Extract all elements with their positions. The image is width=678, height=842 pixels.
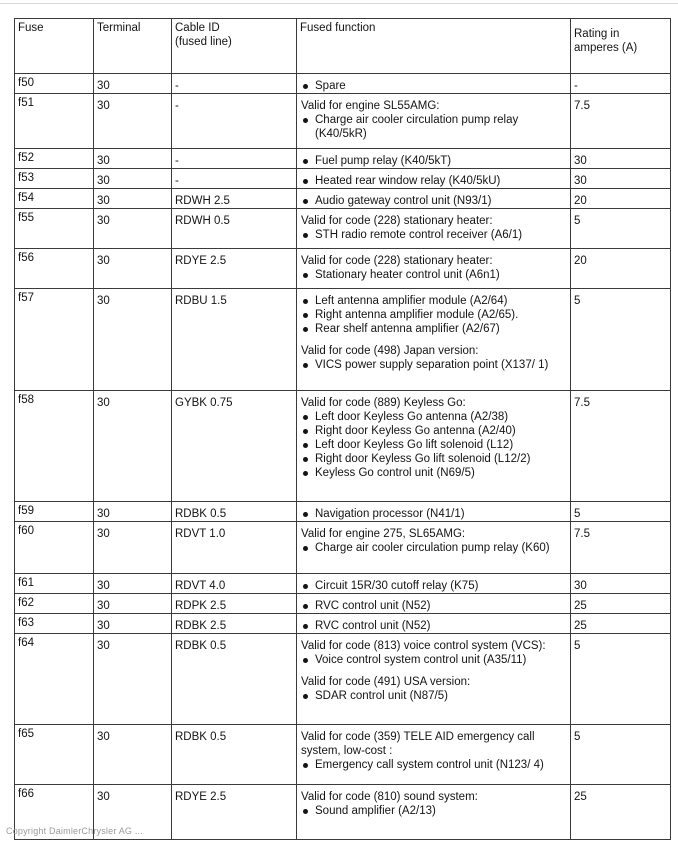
function-group: Fuel pump relay (K40/5kT): [301, 154, 567, 168]
fuse-cell: f55: [15, 209, 94, 249]
function-group: Valid for code (228) stationary heater:S…: [301, 214, 567, 242]
terminal-cell-value: 30: [97, 600, 110, 612]
fuse-cell: f51: [15, 94, 94, 149]
function-item-list: Voice control system control unit (A35/1…: [301, 653, 567, 667]
function-item-list: Audio gateway control unit (N93/1): [301, 194, 567, 208]
function-group: Valid for code (491) USA version:SDAR co…: [301, 675, 567, 703]
function-item-list: Navigation processor (N41/1): [301, 507, 567, 521]
fuse-cell-value: f63: [18, 617, 34, 629]
function-item: Rear shelf antenna amplifier (A2/67): [301, 322, 567, 336]
cable-id-cell-value: -: [175, 175, 179, 187]
fused-function-cell: Heated rear window relay (K40/5kU): [297, 169, 571, 189]
function-item-list: Heated rear window relay (K40/5kU): [301, 174, 567, 188]
cable-id-cell: RDVT 4.0: [172, 574, 297, 594]
terminal-cell: 30: [94, 614, 172, 634]
function-item: Audio gateway control unit (N93/1): [301, 194, 567, 208]
terminal-cell-value: 30: [97, 100, 110, 112]
rating-cell-value: 30: [574, 580, 587, 592]
cable-id-cell: RDYE 2.5: [172, 249, 297, 289]
function-group: Valid for code (228) stationary heater:S…: [301, 254, 567, 282]
table-row: f6030RDVT 1.0Valid for engine 275, SL65A…: [15, 522, 671, 574]
cable-id-cell-value: -: [175, 100, 179, 112]
cable-id-cell-value: GYBK 0.75: [175, 397, 233, 409]
terminal-cell-value: 30: [97, 580, 110, 592]
fuse-cell-value: f58: [18, 394, 34, 406]
fuse-cell-value: f66: [18, 788, 34, 800]
fused-function-cell: Valid for code (228) stationary heater:S…: [297, 209, 571, 249]
table-row: f5430RDWH 2.5Audio gateway control unit …: [15, 189, 671, 209]
terminal-cell: 30: [94, 94, 172, 149]
rating-cell: 5: [571, 209, 671, 249]
function-group: Circuit 15R/30 cutoff relay (K75): [301, 579, 567, 593]
function-item: Right door Keyless Go lift solenoid (L12…: [301, 452, 567, 466]
function-item-list: Charge air cooler circulation pump relay…: [301, 113, 567, 141]
rating-cell: 30: [571, 574, 671, 594]
rating-cell: 5: [571, 502, 671, 522]
function-group: Valid for code (813) voice control syste…: [301, 639, 567, 667]
cable-id-cell-value: RDPK 2.5: [175, 600, 226, 612]
rating-cell: 30: [571, 169, 671, 189]
header-terminal-label: Terminal: [97, 22, 140, 34]
cable-id-cell: RDBK 0.5: [172, 634, 297, 725]
cable-id-cell-value: RDWH 2.5: [175, 195, 230, 207]
terminal-cell-value: 30: [97, 791, 110, 803]
fused-function-cell: Valid for engine SL55AMG:Charge air cool…: [297, 94, 571, 149]
rating-cell-value: 5: [574, 295, 580, 307]
rating-cell: -: [571, 74, 671, 94]
cable-id-cell: RDVT 1.0: [172, 522, 297, 574]
fused-function-cell: Spare: [297, 74, 571, 94]
function-group: Valid for code (810) sound system:Sound …: [301, 790, 567, 818]
function-group-title: Valid for code (228) stationary heater:: [301, 214, 567, 228]
function-item: VICS power supply separation point (X137…: [301, 358, 567, 372]
fuse-cell: f63: [15, 614, 94, 634]
fuse-cell-value: f50: [18, 77, 34, 89]
cable-id-cell-value: RDBK 0.5: [175, 508, 226, 520]
function-item: STH radio remote control receiver (A6/1): [301, 228, 567, 242]
fused-function-cell: Audio gateway control unit (N93/1): [297, 189, 571, 209]
cable-id-cell: GYBK 0.75: [172, 391, 297, 502]
cable-id-cell: RDBK 2.5: [172, 614, 297, 634]
fused-function-cell: Fuel pump relay (K40/5kT): [297, 149, 571, 169]
cable-id-cell: RDPK 2.5: [172, 594, 297, 614]
function-item: Left antenna amplifier module (A2/64): [301, 294, 567, 308]
rating-cell-value: 20: [574, 195, 587, 207]
terminal-cell-value: 30: [97, 155, 110, 167]
header-cable-id-sublabel: (fused line): [175, 35, 293, 49]
rating-cell-value: 7.5: [574, 528, 590, 540]
function-item-list: Fuel pump relay (K40/5kT): [301, 154, 567, 168]
function-group: Valid for engine 275, SL65AMG:Charge air…: [301, 527, 567, 555]
rating-cell: 20: [571, 249, 671, 289]
rating-cell: 30: [571, 149, 671, 169]
rating-cell-value: 7.5: [574, 100, 590, 112]
cable-id-cell-value: RDBK 0.5: [175, 731, 226, 743]
function-item: Charge air cooler circulation pump relay…: [301, 113, 567, 141]
cable-id-cell-value: RDWH 0.5: [175, 215, 230, 227]
table-row: f5130-Valid for engine SL55AMG:Charge ai…: [15, 94, 671, 149]
table-row: f6130RDVT 4.0Circuit 15R/30 cutoff relay…: [15, 574, 671, 594]
table-row: f5730RDBU 1.5Left antenna amplifier modu…: [15, 289, 671, 391]
terminal-cell-value: 30: [97, 295, 110, 307]
function-item: Heated rear window relay (K40/5kU): [301, 174, 567, 188]
fuse-cell: f52: [15, 149, 94, 169]
fuse-cell-value: f60: [18, 525, 34, 537]
table-row: f6430RDBK 0.5Valid for code (813) voice …: [15, 634, 671, 725]
function-item-list: Circuit 15R/30 cutoff relay (K75): [301, 579, 567, 593]
function-item: Left door Keyless Go antenna (A2/38): [301, 410, 567, 424]
table-row: f5830GYBK 0.75Valid for code (889) Keyle…: [15, 391, 671, 502]
terminal-cell: 30: [94, 209, 172, 249]
function-group-title: Valid for engine 275, SL65AMG:: [301, 527, 567, 541]
terminal-cell-value: 30: [97, 640, 110, 652]
fuse-cell-value: f56: [18, 252, 34, 264]
function-group: Valid for code (498) Japan version:VICS …: [301, 344, 567, 372]
fuse-cell-value: f62: [18, 597, 34, 609]
fused-function-cell: Circuit 15R/30 cutoff relay (K75): [297, 574, 571, 594]
fuse-cell: f58: [15, 391, 94, 502]
function-group-title: Valid for code (228) stationary heater:: [301, 254, 567, 268]
terminal-cell: 30: [94, 725, 172, 785]
cable-id-cell-value: -: [175, 155, 179, 167]
cable-id-cell: RDYE 2.5: [172, 785, 297, 840]
cable-id-cell-value: RDBU 1.5: [175, 295, 227, 307]
rating-cell: 7.5: [571, 94, 671, 149]
fuse-table-body: f5030-Spare-f5130-Valid for engine SL55A…: [15, 74, 671, 840]
rating-cell-value: 25: [574, 600, 587, 612]
function-item: Left door Keyless Go lift solenoid (L12): [301, 438, 567, 452]
cable-id-cell: RDBU 1.5: [172, 289, 297, 391]
terminal-cell: 30: [94, 74, 172, 94]
function-group-title: Valid for code (813) voice control syste…: [301, 639, 567, 653]
function-group: Valid for code (359) TELE AID emergency …: [301, 730, 567, 772]
function-group-title: Valid for code (498) Japan version:: [301, 344, 567, 358]
function-item-list: SDAR control unit (N87/5): [301, 689, 567, 703]
table-row: f6530RDBK 0.5Valid for code (359) TELE A…: [15, 725, 671, 785]
function-item: Circuit 15R/30 cutoff relay (K75): [301, 579, 567, 593]
table-row: f5930RDBK 0.5Navigation processor (N41/1…: [15, 502, 671, 522]
terminal-cell: 30: [94, 391, 172, 502]
fuse-cell-value: f51: [18, 97, 34, 109]
function-group-title: Valid for code (889) Keyless Go:: [301, 396, 567, 410]
terminal-cell: 30: [94, 634, 172, 725]
table-row: f5230-Fuel pump relay (K40/5kT)30: [15, 149, 671, 169]
function-item-list: Emergency call system control unit (N123…: [301, 758, 567, 772]
fused-function-cell: Navigation processor (N41/1): [297, 502, 571, 522]
cable-id-cell: RDWH 2.5: [172, 189, 297, 209]
header-rating: Rating in amperes (A): [571, 19, 671, 74]
function-item: Spare: [301, 79, 567, 93]
fused-function-cell: Left antenna amplifier module (A2/64)Rig…: [297, 289, 571, 391]
function-group: Spare: [301, 79, 567, 93]
function-item: Sound amplifier (A2/13): [301, 804, 567, 818]
function-item-list: STH radio remote control receiver (A6/1): [301, 228, 567, 242]
function-item: Right antenna amplifier module (A2/65).: [301, 308, 567, 322]
header-fuse: Fuse: [15, 19, 94, 74]
terminal-cell: 30: [94, 169, 172, 189]
cable-id-cell-value: -: [175, 80, 179, 92]
fuse-cell: f57: [15, 289, 94, 391]
function-group-title: Valid for engine SL55AMG:: [301, 99, 567, 113]
cable-id-cell: RDWH 0.5: [172, 209, 297, 249]
function-group: Left antenna amplifier module (A2/64)Rig…: [301, 294, 567, 336]
rating-cell-value: 30: [574, 175, 587, 187]
function-group: RVC control unit (N52): [301, 599, 567, 613]
function-item: Right door Keyless Go antenna (A2/40): [301, 424, 567, 438]
fuse-cell: f54: [15, 189, 94, 209]
fuse-cell: f64: [15, 634, 94, 725]
header-cable-id-label: Cable ID: [175, 21, 293, 35]
cable-id-cell-value: RDVT 1.0: [175, 528, 225, 540]
fused-function-cell: Valid for engine 275, SL65AMG:Charge air…: [297, 522, 571, 574]
cable-id-cell: -: [172, 149, 297, 169]
function-group: Navigation processor (N41/1): [301, 507, 567, 521]
header-fused-function-label: Fused function: [300, 22, 375, 34]
cable-id-cell: -: [172, 169, 297, 189]
cable-id-cell-value: RDBK 0.5: [175, 640, 226, 652]
fuse-cell: f53: [15, 169, 94, 189]
fuse-cell-value: f64: [18, 637, 34, 649]
function-item-list: Sound amplifier (A2/13): [301, 804, 567, 818]
terminal-cell-value: 30: [97, 175, 110, 187]
rating-cell: 7.5: [571, 522, 671, 574]
cable-id-cell-value: RDVT 4.0: [175, 580, 225, 592]
terminal-cell: 30: [94, 149, 172, 169]
header-rating-label: Rating in: [574, 27, 667, 41]
page-top-rule: [0, 3, 678, 4]
function-group-title: Valid for code (810) sound system:: [301, 790, 567, 804]
function-item: Keyless Go control unit (N69/5): [301, 466, 567, 480]
fused-function-cell: Valid for code (813) voice control syste…: [297, 634, 571, 725]
terminal-cell: 30: [94, 189, 172, 209]
table-row: f5530RDWH 0.5Valid for code (228) statio…: [15, 209, 671, 249]
fuse-cell: f59: [15, 502, 94, 522]
fuse-cell-value: f57: [18, 292, 34, 304]
function-item: Voice control system control unit (A35/1…: [301, 653, 567, 667]
terminal-cell-value: 30: [97, 528, 110, 540]
function-item: SDAR control unit (N87/5): [301, 689, 567, 703]
cable-id-cell: -: [172, 74, 297, 94]
header-fused-function: Fused function: [297, 19, 571, 74]
function-item-list: Stationary heater control unit (A6n1): [301, 268, 567, 282]
function-item-list: Left antenna amplifier module (A2/64)Rig…: [301, 294, 567, 336]
fused-function-cell: Valid for code (889) Keyless Go:Left doo…: [297, 391, 571, 502]
fuse-cell-value: f55: [18, 212, 34, 224]
function-item-list: Spare: [301, 79, 567, 93]
copyright-footer: Copyright DaimlerChrysler AG ...: [6, 826, 143, 836]
table-row: f5030-Spare-: [15, 74, 671, 94]
function-group: RVC control unit (N52): [301, 619, 567, 633]
terminal-cell: 30: [94, 502, 172, 522]
table-row: f6330RDBK 2.5RVC control unit (N52)25: [15, 614, 671, 634]
fuse-table: Fuse Terminal Cable ID (fused line) Fuse…: [14, 18, 671, 840]
rating-cell: 20: [571, 189, 671, 209]
function-item: RVC control unit (N52): [301, 619, 567, 633]
fuse-cell: f62: [15, 594, 94, 614]
function-item: RVC control unit (N52): [301, 599, 567, 613]
rating-cell-value: 5: [574, 731, 580, 743]
function-group-title: Valid for code (491) USA version:: [301, 675, 567, 689]
cable-id-cell-value: RDYE 2.5: [175, 791, 226, 803]
terminal-cell-value: 30: [97, 620, 110, 632]
fuse-cell-value: f65: [18, 728, 34, 740]
terminal-cell-value: 30: [97, 215, 110, 227]
rating-cell-value: 20: [574, 255, 587, 267]
table-row: f5630RDYE 2.5Valid for code (228) statio…: [15, 249, 671, 289]
rating-cell-value: 5: [574, 640, 580, 652]
cable-id-cell-value: RDBK 2.5: [175, 620, 226, 632]
rating-cell: 5: [571, 289, 671, 391]
function-item-list: RVC control unit (N52): [301, 619, 567, 633]
terminal-cell: 30: [94, 574, 172, 594]
rating-cell: 5: [571, 725, 671, 785]
rating-cell: 7.5: [571, 391, 671, 502]
function-item: Stationary heater control unit (A6n1): [301, 268, 567, 282]
rating-cell: 5: [571, 634, 671, 725]
terminal-cell-value: 30: [97, 731, 110, 743]
rating-cell-value: 5: [574, 508, 580, 520]
fuse-cell: f50: [15, 74, 94, 94]
terminal-cell-value: 30: [97, 195, 110, 207]
table-row: f6230RDPK 2.5RVC control unit (N52)25: [15, 594, 671, 614]
fused-function-cell: Valid for code (228) stationary heater:S…: [297, 249, 571, 289]
function-item: Navigation processor (N41/1): [301, 507, 567, 521]
rating-cell: 25: [571, 614, 671, 634]
header-rating-sublabel: amperes (A): [574, 41, 667, 55]
cable-id-cell-value: RDYE 2.5: [175, 255, 226, 267]
terminal-cell: 30: [94, 249, 172, 289]
header-fuse-label: Fuse: [18, 22, 44, 34]
rating-cell: 25: [571, 785, 671, 840]
fused-function-cell: Valid for code (359) TELE AID emergency …: [297, 725, 571, 785]
function-group: Valid for engine SL55AMG:Charge air cool…: [301, 99, 567, 141]
rating-cell-value: -: [574, 80, 578, 92]
rating-cell-value: 25: [574, 620, 587, 632]
cable-id-cell: RDBK 0.5: [172, 725, 297, 785]
rating-cell-value: 5: [574, 215, 580, 227]
fuse-cell-value: f52: [18, 152, 34, 164]
table-row: f5330-Heated rear window relay (K40/5kU)…: [15, 169, 671, 189]
rating-cell-value: 25: [574, 791, 587, 803]
function-item: Charge air cooler circulation pump relay…: [301, 541, 567, 555]
function-item: Emergency call system control unit (N123…: [301, 758, 567, 772]
fuse-cell: f65: [15, 725, 94, 785]
function-item-list: VICS power supply separation point (X137…: [301, 358, 567, 372]
terminal-cell: 30: [94, 289, 172, 391]
header-terminal: Terminal: [94, 19, 172, 74]
function-group: Audio gateway control unit (N93/1): [301, 194, 567, 208]
fuse-cell-value: f59: [18, 505, 34, 517]
fuse-cell-value: f54: [18, 192, 34, 204]
fuse-cell: f60: [15, 522, 94, 574]
terminal-cell: 30: [94, 522, 172, 574]
terminal-cell-value: 30: [97, 508, 110, 520]
fuse-cell: f56: [15, 249, 94, 289]
function-group: Heated rear window relay (K40/5kU): [301, 174, 567, 188]
terminal-cell-value: 30: [97, 397, 110, 409]
table-header-row: Fuse Terminal Cable ID (fused line) Fuse…: [15, 19, 671, 74]
rating-cell: 25: [571, 594, 671, 614]
function-group: Valid for code (889) Keyless Go:Left doo…: [301, 396, 567, 480]
header-cable-id: Cable ID (fused line): [172, 19, 297, 74]
rating-cell-value: 7.5: [574, 397, 590, 409]
function-group-title: Valid for code (359) TELE AID emergency …: [301, 730, 567, 758]
function-item-list: Left door Keyless Go antenna (A2/38)Righ…: [301, 410, 567, 480]
terminal-cell-value: 30: [97, 255, 110, 267]
terminal-cell-value: 30: [97, 80, 110, 92]
function-item-list: Charge air cooler circulation pump relay…: [301, 541, 567, 555]
cable-id-cell: RDBK 0.5: [172, 502, 297, 522]
fuse-cell: f61: [15, 574, 94, 594]
function-item: Fuel pump relay (K40/5kT): [301, 154, 567, 168]
fuse-cell-value: f53: [18, 172, 34, 184]
fused-function-cell: Valid for code (810) sound system:Sound …: [297, 785, 571, 840]
function-item-list: RVC control unit (N52): [301, 599, 567, 613]
cable-id-cell: -: [172, 94, 297, 149]
fused-function-cell: RVC control unit (N52): [297, 594, 571, 614]
fused-function-cell: RVC control unit (N52): [297, 614, 571, 634]
rating-cell-value: 30: [574, 155, 587, 167]
fuse-cell-value: f61: [18, 577, 34, 589]
terminal-cell: 30: [94, 594, 172, 614]
